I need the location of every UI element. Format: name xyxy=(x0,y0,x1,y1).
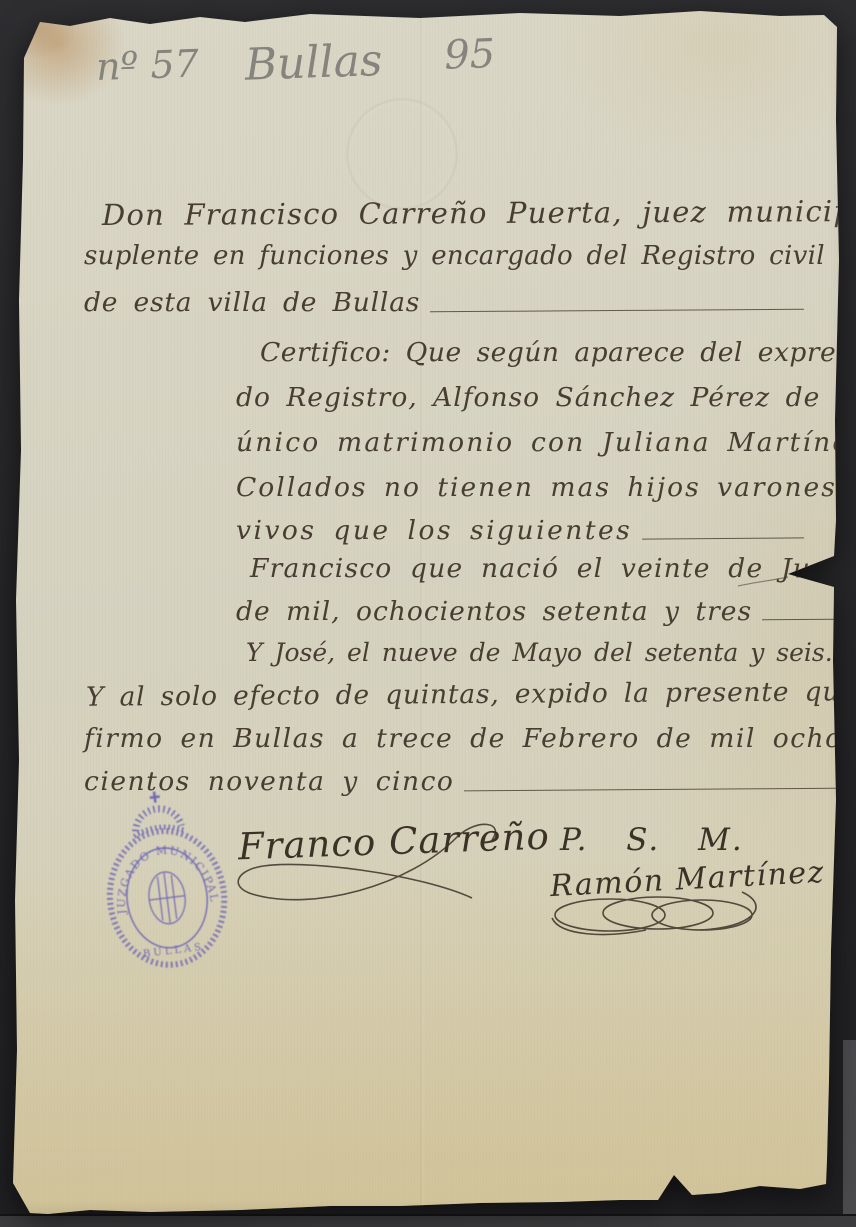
paper-wrapper: nº 57 Bullas 95 Don Francisco Carreño Pu… xyxy=(0,0,856,1227)
photo-background: nº 57 Bullas 95 Don Francisco Carreño Pu… xyxy=(0,0,856,1227)
body-line-text: Don Francisco Carreño Puerta, juez munic… xyxy=(102,194,856,232)
secretary-rubric-loop xyxy=(603,897,713,929)
body-line-text: Collados no tienen mas hijos varones xyxy=(236,472,837,503)
body-line: Y al solo efecto de quintas, expido la p… xyxy=(86,676,856,712)
document-paper: nº 57 Bullas 95 Don Francisco Carreño Pu… xyxy=(0,0,856,1227)
body-line: de mil, ochocientos setenta y tres xyxy=(236,596,838,627)
secretary-rubric-loop xyxy=(652,900,752,930)
body-line: de esta villa de Bullas xyxy=(84,287,806,318)
body-line: único matrimonio con Juliana Martínez xyxy=(236,427,856,458)
body-line: Certifico: Que según aparece del expresa… xyxy=(260,337,856,368)
body-line: Y José, el nueve de Mayo del setenta y s… xyxy=(246,638,833,667)
ink-rule xyxy=(430,309,804,313)
body-line-text: de mil, ochocientos setenta y tres xyxy=(236,596,752,627)
body-line-text: Certifico: Que según aparece del expresa… xyxy=(260,337,856,368)
body-line-text: Francisco que nació el veinte de Ju xyxy=(250,553,811,584)
embossed-seal-watermark xyxy=(346,98,458,210)
body-line: firmo en Bullas a trece de Febrero de mi… xyxy=(84,723,843,754)
secretary-rubric-flourish xyxy=(552,918,646,934)
body-line-text: único matrimonio con Juliana Martínez xyxy=(236,427,856,458)
body-line: Collados no tienen mas hijos varones xyxy=(236,472,837,503)
body-line: Francisco que nació el veinte de Ju xyxy=(250,553,811,584)
ink-rule xyxy=(642,537,804,539)
ink-rule xyxy=(762,619,836,621)
body-line: Don Francisco Carreño Puerta, juez munic… xyxy=(102,194,856,232)
body-line: suplente en funciones y encargado del Re… xyxy=(84,241,825,271)
body-line-text: do Registro, Alfonso Sánchez Pérez de su xyxy=(236,382,856,413)
signature-secretary: Ramón Martínez xyxy=(549,855,825,904)
body-line-text: suplente en funciones y encargado del Re… xyxy=(84,241,825,271)
stamp-emblem xyxy=(146,870,188,926)
body-line: vivos que los siguientes xyxy=(236,515,806,546)
secretary-rubric-loop xyxy=(555,899,665,931)
body-line-text: vivos que los siguientes xyxy=(236,515,632,546)
pencil-year: 95 xyxy=(443,31,495,79)
municipal-stamp: JUZGADO MUNICIPAL BULLAS xyxy=(79,778,251,985)
body-line: do Registro, Alfonso Sánchez Pérez de su xyxy=(236,382,856,413)
body-line-text: Y José, el nueve de Mayo del setenta y s… xyxy=(246,638,833,667)
stamp-crown-cross-icon xyxy=(149,791,160,803)
psm-label: P. S. M. xyxy=(560,822,744,858)
pencil-town: Bullas xyxy=(244,35,383,91)
ink-rule xyxy=(464,788,844,792)
body-line-text: Y al solo efecto de quintas, expido la p… xyxy=(86,676,856,712)
pencil-number: nº 57 xyxy=(95,41,199,89)
body-line-text: firmo en Bullas a trece de Febrero de mi… xyxy=(84,723,843,754)
secretary-rubric-tail xyxy=(700,892,756,930)
body-line-text: de esta villa de Bullas xyxy=(84,287,420,318)
pencil-annotation: nº 57 Bullas 95 xyxy=(95,31,496,96)
signature-judge: Franco Carreño xyxy=(237,815,550,869)
